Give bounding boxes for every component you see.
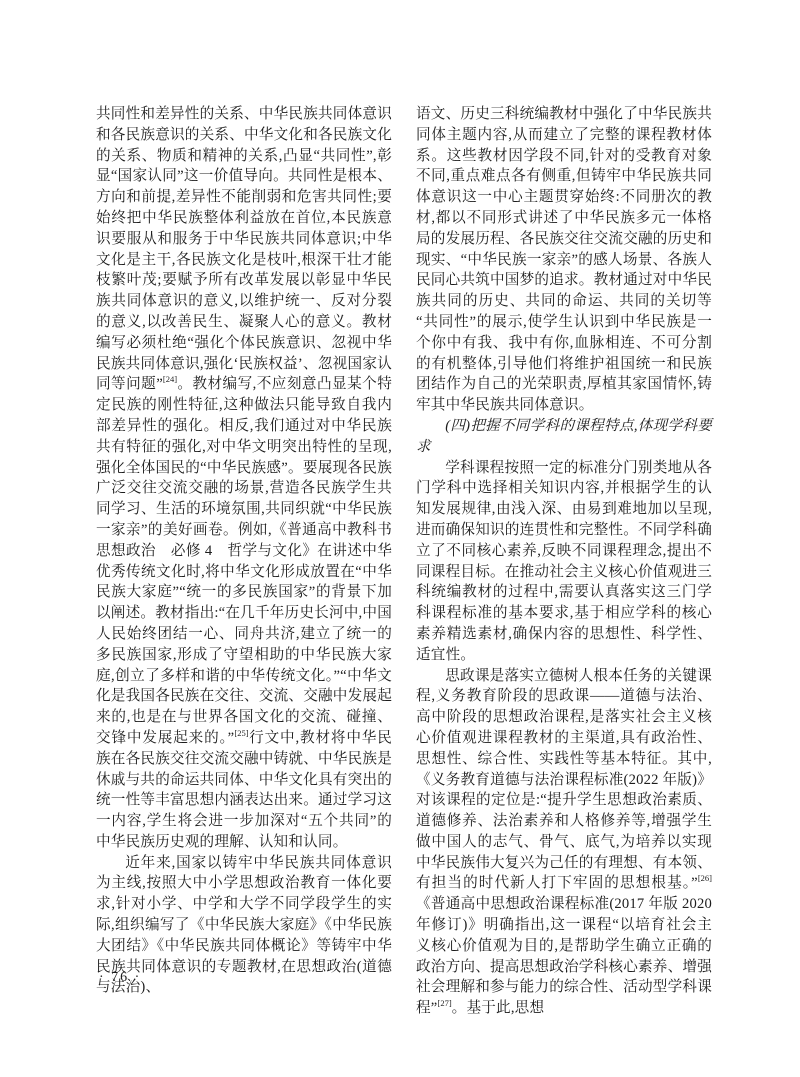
section-heading: (四)把握不同学科的课程特点,体现学科要求 [416,416,712,458]
paragraph: 思政课是落实立德树人根本任务的关键课程,义务教育阶段的思政课——道德与法治、高中… [416,666,712,1020]
right-column: 语文、历史三科统编教材中强化了中华民族共同体主题内容,从而建立了完整的课程教材体… [416,104,712,1019]
paragraph: 共同性和差异性的关系、中华民族共同体意识和各民族意识的关系、中华文化和各民族文化… [96,104,392,853]
paper-page: 共同性和差异性的关系、中华民族共同体意识和各民族意识的关系、中华文化和各民族文化… [0,0,800,1077]
page-number: · 76 · [99,970,141,986]
paragraph: 语文、历史三科统编教材中强化了中华民族共同体主题内容,从而建立了完整的课程教材体… [416,104,712,416]
paragraph: 学科课程按照一定的标准分门别类地从各门学科中选择相关知识内容,并根据学生的认知发… [416,458,712,666]
left-column: 共同性和差异性的关系、中华民族共同体意识和各民族意识的关系、中华文化和各民族文化… [96,104,392,998]
citation-ref: [25] [234,728,248,738]
citation-ref: [27] [437,998,451,1008]
citation-ref: [26] [698,874,712,884]
citation-ref: [24] [163,375,177,385]
